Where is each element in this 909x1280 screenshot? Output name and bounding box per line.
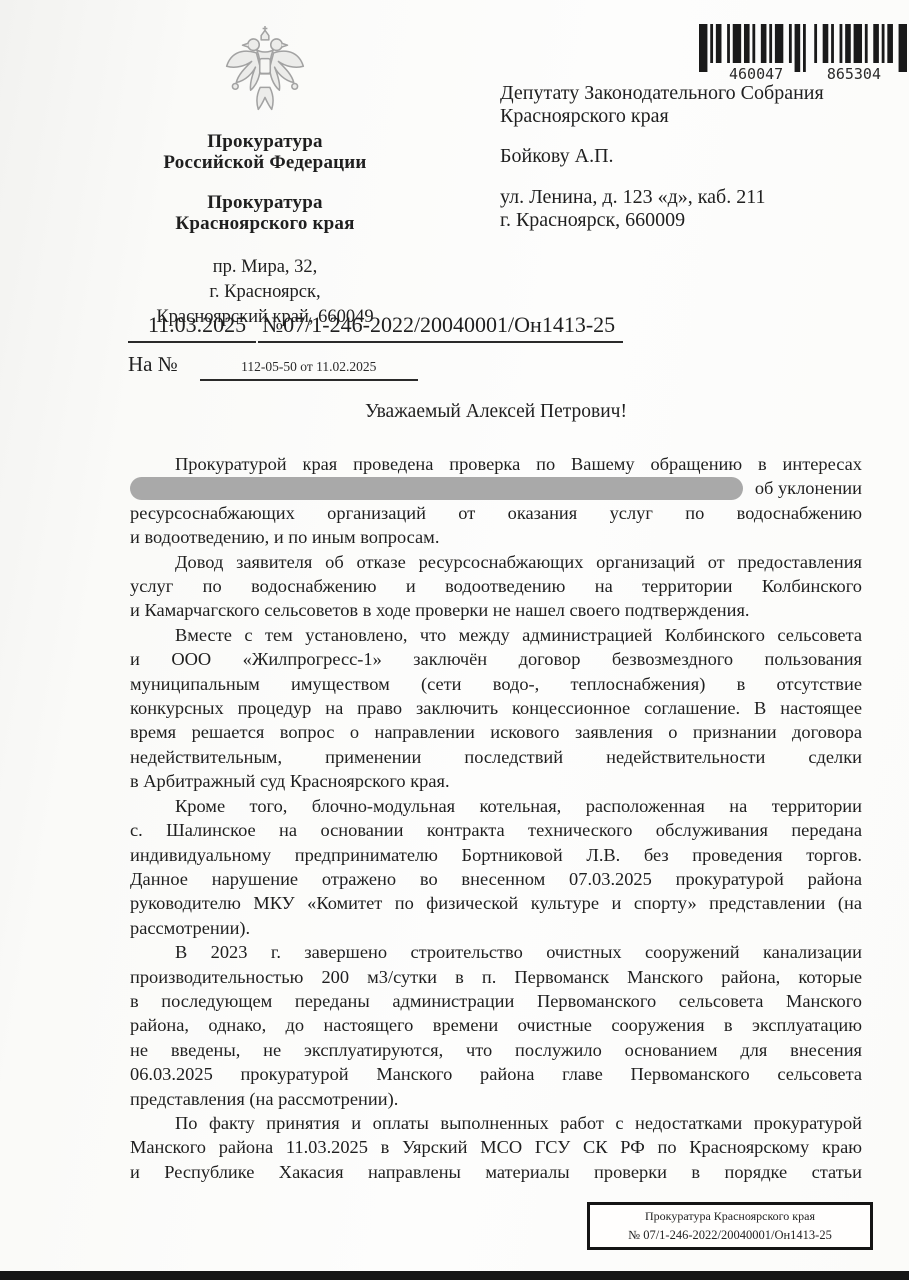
paragraph: Прокуратурой края проведена проверка по …: [130, 452, 862, 550]
coat-of-arms-icon: [221, 26, 309, 118]
body-line: об уклонении: [130, 476, 862, 500]
org-name-federation: Прокуратура Российской Федерации: [112, 131, 418, 173]
body-text: Прокуратурой края проведена проверка по …: [130, 452, 862, 1184]
body-line: В 2023 г. завершено строительство очистн…: [130, 940, 862, 964]
registration-stamp: Прокуратура Красноярского края № 07/1-24…: [587, 1202, 873, 1250]
letterhead: Прокуратура Российской Федерации Прокура…: [112, 26, 418, 330]
recipient-address-line: г. Красноярск, 660009: [500, 209, 900, 232]
salutation: Уважаемый Алексей Петрович!: [130, 401, 862, 423]
reply-reference-value: 112-05-50 от 11.02.2025: [200, 359, 418, 381]
body-line: недействительным, применении последствий…: [130, 745, 862, 769]
letter-date: 11.03.2025: [128, 312, 256, 343]
recipient-title-line: Красноярского края: [500, 105, 900, 128]
org-line: Российской Федерации: [112, 152, 418, 173]
recipient-title-line: Депутату Законодательного Собрания: [500, 82, 900, 105]
body-line: 06.03.2025 прокуратурой Манского района …: [130, 1062, 862, 1086]
body-line: в Арбитражный суд Красноярского края.: [130, 769, 862, 793]
org-address-line: пр. Мира, 32,: [112, 255, 418, 280]
photo-bottom-edge: [0, 1271, 909, 1280]
body-line-text: об уклонении: [755, 476, 862, 500]
body-line: района, однако, до настоящего времени оч…: [130, 1013, 862, 1037]
body-line: рассмотрении).: [130, 916, 862, 940]
org-line: Прокуратура: [112, 131, 418, 152]
body-line: и Республике Хакасия направлены материал…: [130, 1160, 862, 1184]
stamp-org: Прокуратура Красноярского края: [590, 1209, 870, 1224]
barcode: 460047 865304: [699, 24, 907, 83]
body-line: ресурсоснабжающих организаций от оказани…: [130, 501, 862, 525]
body-line: и Камарчагского сельсоветов в ходе прове…: [130, 598, 862, 622]
body-line: с. Шалинское на основании контракта техн…: [130, 818, 862, 842]
body-line: руководителю МКУ «Комитет по физической …: [130, 891, 862, 915]
body-line: и ООО «Жилпрогресс-1» заключён договор б…: [130, 647, 862, 671]
paragraph: Вместе с тем установлено, что между адми…: [130, 623, 862, 794]
scanned-letter-page: Прокуратура Российской Федерации Прокура…: [0, 0, 909, 1280]
body-line: Кроме того, блочно-модульная котельная, …: [130, 794, 862, 818]
body-line: Прокуратурой края проведена проверка по …: [130, 452, 862, 476]
recipient-title: Депутату Законодательного Собрания Красн…: [500, 82, 900, 128]
body-line: конкурсных процедур на право заключить к…: [130, 696, 862, 720]
org-address-line: г. Красноярск,: [112, 280, 418, 305]
recipient-block: Депутату Законодательного Собрания Красн…: [500, 82, 900, 232]
body-line: в последующем переданы администрации Пер…: [130, 989, 862, 1013]
body-line: услуг по водоснабжению и водоотведению н…: [130, 574, 862, 598]
paragraph: Кроме того, блочно-модульная котельная, …: [130, 794, 862, 940]
org-name-krai: Прокуратура Красноярского края: [112, 192, 418, 234]
body-line: индивидуальному предпринимателю Бортнико…: [130, 843, 862, 867]
recipient-address-line: ул. Ленина, д. 123 «д», каб. 211: [500, 186, 900, 209]
body-line: Данное нарушение отражено во внесенном 0…: [130, 867, 862, 891]
paragraph: В 2023 г. завершено строительство очистн…: [130, 940, 862, 1111]
body-line: производительностью 200 м3/сутки в п. Пе…: [130, 965, 862, 989]
recipient-name: Бойкову А.П.: [500, 145, 900, 168]
recipient-address: ул. Ленина, д. 123 «д», каб. 211 г. Крас…: [500, 186, 900, 232]
org-line: Прокуратура: [112, 192, 418, 213]
letter-number: №07/1-246-2022/20040001/Он1413-25: [258, 312, 623, 343]
body-line: и водоотведению, и по иным вопросам.: [130, 525, 862, 549]
reference-line: 11.03.2025№07/1-246-2022/20040001/Он1413…: [128, 312, 623, 343]
body-line: представления (на рассмотрении).: [130, 1087, 862, 1111]
paragraph: Довод заявителя об отказе ресурсоснабжаю…: [130, 550, 862, 623]
body-line: время решается вопрос о направлении иско…: [130, 720, 862, 744]
reply-reference-line: На №112-05-50 от 11.02.2025: [128, 352, 418, 381]
body-line: По факту принятия и оплаты выполненных р…: [130, 1111, 862, 1135]
body-line: Вместе с тем установлено, что между адми…: [130, 623, 862, 647]
body-line: муниципальным имуществом (сети водо-, те…: [130, 672, 862, 696]
stamp-number: № 07/1-246-2022/20040001/Он1413-25: [590, 1228, 870, 1243]
org-line: Красноярского края: [112, 213, 418, 234]
barcode-digits-right: 865304: [827, 65, 881, 83]
body-line: Довод заявителя об отказе ресурсоснабжаю…: [130, 550, 862, 574]
barcode-digits-left: 460047: [729, 65, 783, 83]
body-line: не введены, не эксплуатируются, что посл…: [130, 1038, 862, 1062]
reply-reference-label: На №: [128, 352, 178, 381]
paragraph: По факту принятия и оплаты выполненных р…: [130, 1111, 862, 1184]
body-line: Манского района 11.03.2025 в Уярский МСО…: [130, 1135, 862, 1159]
redaction-bar: [130, 477, 743, 500]
